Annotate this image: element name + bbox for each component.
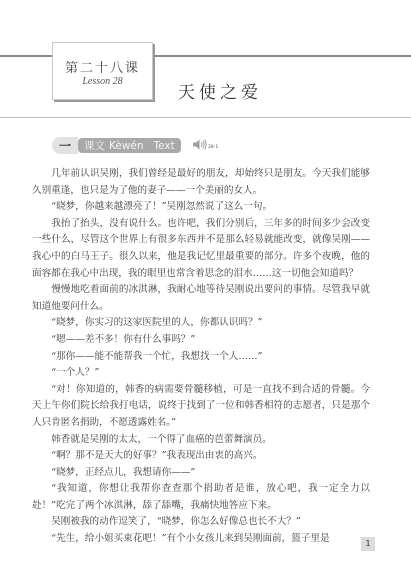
paragraph: “晓梦，你越来越漂亮了！”吴刚忽然说了这么一句。 xyxy=(32,199,370,216)
section-number: 一 xyxy=(52,137,78,154)
lesson-number-en: Lesson 28 xyxy=(53,76,152,88)
header-rule-bottom xyxy=(0,117,411,118)
paragraph: “啊？那不是天大的好事？”我表现出由衷的高兴。 xyxy=(32,448,370,465)
paragraph: 几年前认识吴刚，我们曾经是最好的朋友，却始终只是朋友。今天我们能够久别重逢，也只… xyxy=(32,166,370,199)
section-label-pinyin: Kèwén xyxy=(109,140,144,152)
paragraph: “晓梦，正经点儿，我想请你——” xyxy=(32,465,370,482)
section-label: 课文 Kèwén Text xyxy=(78,138,181,153)
speaker-icon[interactable] xyxy=(193,139,207,150)
page-number: 1 xyxy=(361,537,375,551)
paragraph: “先生，给小姐买束花吧！”有个小女孩儿来到吴刚面前，篮子里是 xyxy=(32,531,370,548)
paragraph: “那你——能不能帮我一个忙，我想找一个人……” xyxy=(32,349,370,366)
track-number: 28-1 xyxy=(208,145,218,150)
section-label-en: Text xyxy=(154,140,175,152)
lesson-label-box: 第二十八课 Lesson 28 xyxy=(52,42,153,100)
paragraph: 韩香就是吴刚的太太，一个得了血癌的芭蕾舞演员。 xyxy=(32,432,370,449)
paragraph: 我抬了抬头，没有说什么。也许吧，我们分别后，三年多的时间多少会改变一些什么，尽管… xyxy=(32,216,370,282)
paragraph: “晓梦，你实习的这家医院里的人，你都认识吗？” xyxy=(32,315,370,332)
paragraph: “嗯——差不多！你有什么事吗？” xyxy=(32,332,370,349)
lesson-number-cn: 第二十八课 xyxy=(53,62,152,76)
paragraph: “我知道，你想让我帮你查查那个捐助者是谁，放心吧，我一定全力以赴！”吃完了两个冰… xyxy=(32,481,370,514)
audio-track[interactable]: 28-1 xyxy=(193,139,218,150)
paragraph: “对！你知道的，韩香的病需要骨髓移植，可是一直找不到合适的骨髓。今天上午你们院长… xyxy=(32,382,370,432)
paragraph: 吴刚被我的动作逗笑了，“晓梦，你怎么好像总也长不大？” xyxy=(32,514,370,531)
paragraph: 慢慢地吃着面前的冰淇淋，我耐心地等待吴刚说出要问的事情。尽管我早就知道他要问什么… xyxy=(32,282,370,315)
lesson-text: 几年前认识吴刚，我们曾经是最好的朋友，却始终只是朋友。今天我们能够久别重逢，也只… xyxy=(32,166,370,548)
lesson-title: 天使之爱 xyxy=(178,78,262,103)
section-heading: 一 课文 Kèwén Text xyxy=(52,137,181,154)
section-label-cn: 课文 xyxy=(84,138,105,153)
paragraph: “一个人？” xyxy=(32,365,370,382)
